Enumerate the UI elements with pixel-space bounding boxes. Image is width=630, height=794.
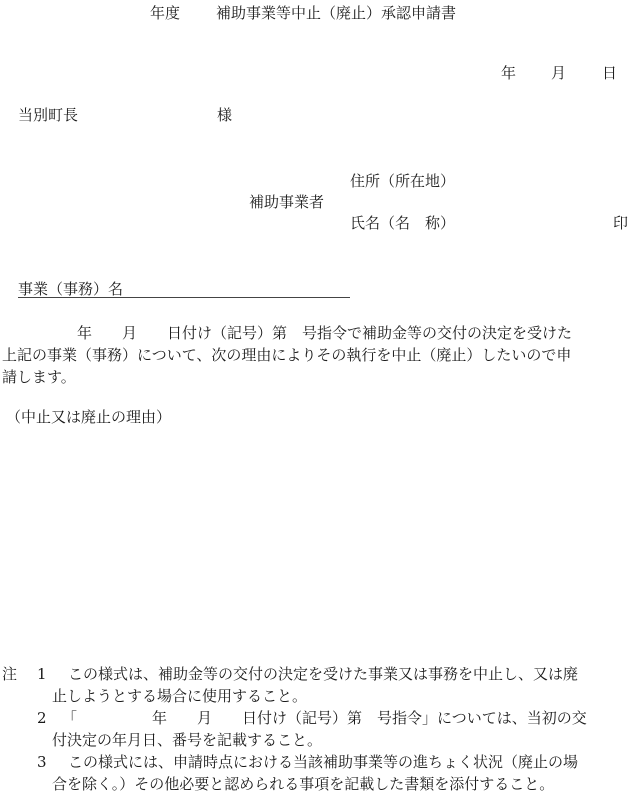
date-month-label: 月 — [551, 66, 566, 81]
note-text-cont: 付決定の年月日、番号を記載すること。 — [52, 733, 322, 748]
addressee-honorific: 様 — [217, 108, 232, 123]
note-text-cont: 合を除く。）その他必要と認められる事項を記載した書類を添付すること。 — [52, 777, 554, 792]
title-fiscal-year: 年度 — [150, 6, 180, 21]
addressee-name: 当別町長 — [18, 108, 78, 123]
notes-heading: 注 — [2, 667, 17, 682]
date-day-label: 日 — [602, 66, 617, 81]
note-text: 「 年 月 日付け（記号）第 号指令」については、当初の交 — [62, 711, 587, 726]
seal-mark: 印 — [613, 216, 628, 231]
note-number: 2 — [37, 711, 47, 726]
note-text: この様式は、補助金等の交付の決定を受けた事業又は事務を中止し、又は廃 — [68, 667, 578, 682]
project-name-underline — [18, 297, 350, 298]
reason-label: （中止又は廃止の理由） — [6, 410, 171, 425]
name-label: 氏名（名 称） — [350, 216, 455, 231]
note-number: 1 — [37, 667, 47, 682]
note-text-cont: 止しようとする場合に使用すること。 — [52, 689, 307, 704]
reason-field — [0, 432, 630, 662]
body-line: 上記の事業（事務）について、次の理由によりその執行を中止（廃止）したいので申 — [2, 344, 630, 366]
note-number: 3 — [37, 755, 47, 770]
note-text: この様式には、申請時点における当該補助事業等の進ちょく状況（廃止の場 — [68, 755, 578, 770]
project-name-label: 事業（事務）名 — [18, 282, 123, 297]
title-text: 補助事業等中止（廃止）承認申請書 — [216, 6, 456, 21]
applicant-label: 補助事業者 — [249, 195, 324, 210]
date-year-label: 年 — [501, 66, 516, 81]
address-label: 住所（所在地） — [350, 174, 455, 189]
body-line: 年 月 日付け（記号）第 号指令で補助金等の交付の決定を受けた — [2, 322, 630, 344]
body-line: 請します。 — [2, 366, 630, 388]
request-body: 年 月 日付け（記号）第 号指令で補助金等の交付の決定を受けた 上記の事業（事務… — [2, 322, 630, 388]
